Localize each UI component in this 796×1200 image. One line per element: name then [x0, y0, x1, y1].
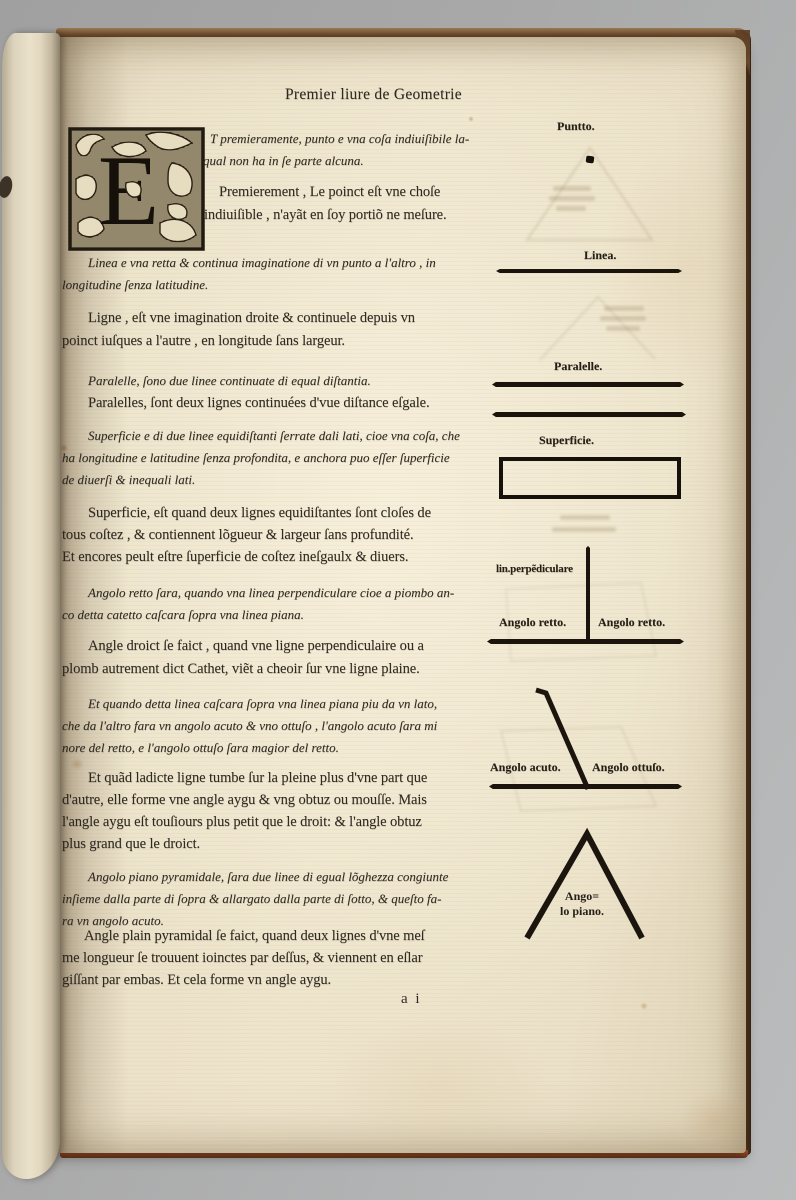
quire-signature: a i: [401, 990, 422, 1008]
text-line: Angolo retto ſara, quando vna linea perp…: [62, 582, 476, 604]
right-angle-baseline: [487, 639, 684, 644]
paragraph-french-right-angle: Angle droict ſe faict , quand vne ligne …: [62, 635, 476, 681]
text-line: T premieramente, punto e vna coſa indiui…: [203, 128, 475, 150]
text-line: Angolo piano pyramidale, ſara due linee …: [62, 866, 476, 888]
text-line: Linea e vna retta & continua imagination…: [62, 252, 476, 274]
running-header: Premier liure de Geometrie: [285, 86, 462, 104]
paragraph-french-acute-obtuse: Et quãd ladicte ligne tumbe ſur la plein…: [62, 767, 476, 855]
parallel-rule-top: [492, 382, 684, 387]
label-plane-angle-line1: Ango=: [550, 889, 614, 904]
text-line: Superficie, eſt quand deux lignes equidi…: [62, 502, 476, 524]
text-line: Superficie e di due linee equidiſtanti ſ…: [62, 425, 476, 447]
line-figure: [496, 269, 682, 273]
paragraph-italian-plane-angle: Angolo piano pyramidale, ſara due linee …: [62, 866, 476, 932]
text-line: co detta catetto caſcara ſopra vna linea…: [62, 604, 476, 626]
label-superficie: Superficie.: [539, 433, 594, 447]
text-line: plomb autrement dict Cathet, viẽt a cheo…: [62, 658, 476, 681]
text-line: Ligne , eſt vne imagination droite & con…: [62, 307, 476, 330]
parallel-rule-bottom: [492, 412, 686, 417]
text-line: ha longitudine e latitudine ſenza profon…: [62, 447, 476, 469]
paragraph-italian-point: T premieramente, punto e vna coſa indiui…: [203, 128, 475, 172]
paragraph-italian-right-angle: Angolo retto ſara, quando vna linea perp…: [62, 582, 476, 626]
label-linea: Linea.: [584, 248, 616, 262]
wormhole: [0, 175, 14, 199]
text-line: Paralelles, ſont deux lignes continuées …: [62, 392, 476, 414]
text-line: l'angle aygu eſt touſiours plus petit qu…: [62, 811, 476, 833]
text-line: d'autre, elle forme vne angle aygu & vng…: [62, 789, 476, 811]
label-obtuse-angle: Angolo ottuſo.: [592, 760, 665, 774]
book-photo: Premier liure de Geometrie E T premieram…: [0, 0, 796, 1200]
label-acute-angle: Angolo acuto.: [490, 760, 561, 774]
label-plane-angle: Ango= lo piano.: [550, 889, 614, 919]
paragraph-italian-acute-obtuse: Et quando detta linea caſcara ſopra vna …: [62, 693, 476, 759]
paragraph-french-parallel: Paralelles, ſont deux lignes continuées …: [62, 392, 476, 414]
paragraph-french-plane-angle: Angle plain pyramidal ſe faict, quand de…: [62, 925, 476, 991]
label-paralelle: Paralelle.: [554, 359, 602, 373]
paragraph-french-line: Ligne , eſt vne imagination droite & con…: [62, 307, 476, 353]
paragraph-italian-parallel: Paralelle, ſono due linee continuate di …: [62, 370, 476, 392]
paragraph-french-surface: Superficie, eſt quand deux lignes equidi…: [62, 502, 476, 568]
text-line: Et quando detta linea caſcara ſopra vna …: [62, 693, 476, 715]
text-line: Angle plain pyramidal ſe faict, quand de…: [62, 925, 476, 947]
woodcut-initial-block: E: [68, 127, 205, 251]
text-line: giſſant par embas. Et cela forme vn angl…: [62, 969, 476, 991]
text-line: inſieme dalla parte di ſopra & allargato…: [62, 888, 476, 910]
paragraph-italian-line: Linea e vna retta & continua imagination…: [62, 252, 476, 296]
curled-flyleaf: [2, 33, 60, 1179]
label-plane-angle-line2: lo piano.: [550, 904, 614, 919]
text-line: poinct iuſques a l'autre , en longitude …: [62, 330, 476, 353]
point-figure: [586, 155, 595, 163]
text-line: plus grand que le droict.: [62, 833, 476, 855]
acute-obtuse-baseline: [489, 784, 682, 789]
text-line: Angle droict ſe faict , quand vne ligne …: [62, 635, 476, 658]
text-line: Paralelle, ſono due linee continuate di …: [62, 370, 476, 392]
perpendicular-line-figure: [586, 546, 590, 643]
surface-rectangle-figure: [499, 457, 681, 499]
text-line: de diuerſi & inequali lati.: [62, 469, 476, 491]
text-line: tous coſtez , & contiennent lõgueur & la…: [62, 524, 476, 546]
text-line: longitudine ſenza latitudine.: [62, 274, 476, 296]
label-right-angle-left: Angolo retto.: [499, 615, 566, 629]
text-line: me longueur ſe trouuent ioinctes par deſ…: [62, 947, 476, 969]
label-puntto: Puntto.: [557, 119, 595, 133]
text-line: Et quãd ladicte ligne tumbe ſur la plein…: [62, 767, 476, 789]
label-perpendicular-line: lin.perpẽdiculare: [496, 562, 573, 576]
text-line: che da l'altro fara vn angolo acuto & vn…: [62, 715, 476, 737]
text-line: Premierement , Le poinct eſt vne choſe: [204, 181, 476, 204]
text-line: nore del retto, e l'angolo ottuſo ſara m…: [62, 737, 476, 759]
paragraph-italian-surface: Superficie e di due linee equidiſtanti ſ…: [62, 425, 476, 491]
text-line: indiuiſible , n'ayãt en ſoy portiõ ne me…: [204, 204, 476, 227]
text-line: qual non ha in ſe parte alcuna.: [203, 150, 475, 172]
text-line: Et encores peult eſtre ſuperficie de coſ…: [62, 546, 476, 568]
paragraph-french-point: Premierement , Le poinct eſt vne choſe i…: [204, 181, 476, 227]
label-right-angle-right: Angolo retto.: [598, 615, 665, 629]
